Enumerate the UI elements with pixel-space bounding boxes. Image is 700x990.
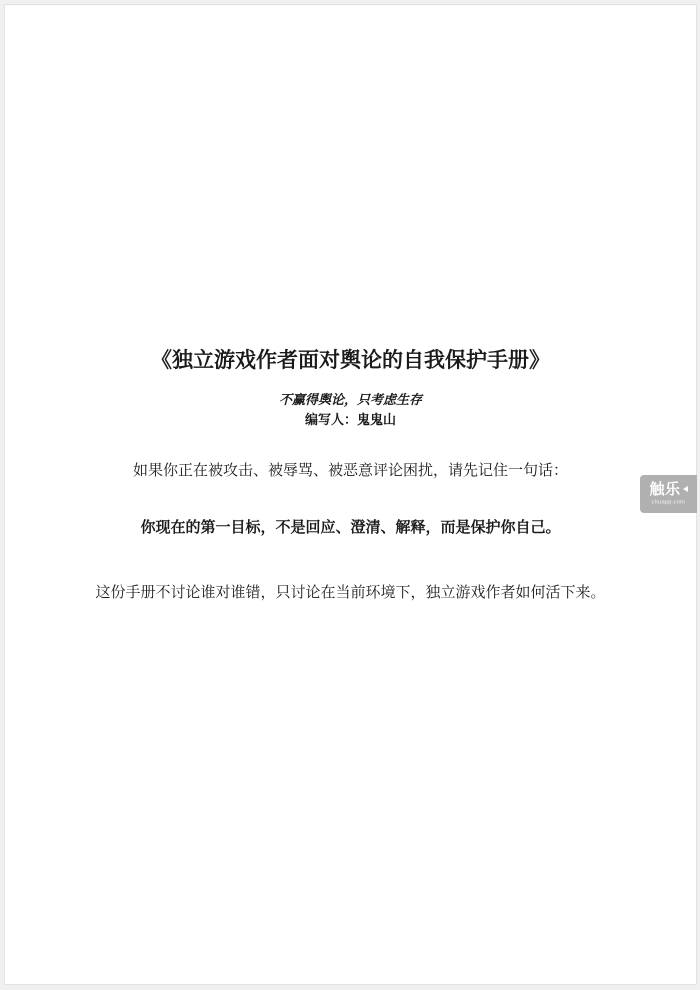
intro-paragraph: 如果你正在被攻击、被辱骂、被恶意评论困扰，请先记住一句话： [5, 459, 696, 480]
screenshot-stage: 《独立游戏作者面对舆论的自我保护手册》 不赢得舆论，只考虑生存 编写人：鬼鬼山 … [0, 0, 700, 990]
watermark-brand-row: 触乐 [649, 482, 687, 497]
document-title: 《独立游戏作者面对舆论的自我保护手册》 [5, 344, 696, 374]
watermark-brand-label: 触乐 [649, 482, 680, 497]
closing-paragraph: 这份手册不讨论谁对谁错，只讨论在当前环境下，独立游戏作者如何活下来。 [5, 581, 696, 602]
cursor-triangle-icon [683, 486, 688, 492]
document-page: 《独立游戏作者面对舆论的自我保护手册》 不赢得舆论，只考虑生存 编写人：鬼鬼山 … [4, 4, 697, 985]
chuapp-watermark-badge: 触乐 chuapp.com [640, 475, 697, 513]
document-subtitle: 不赢得舆论，只考虑生存 [5, 389, 696, 408]
watermark-site-label: chuapp.com [652, 499, 686, 505]
author-line: 编写人：鬼鬼山 [5, 409, 696, 428]
emphasis-statement: 你现在的第一目标，不是回应、澄清、解释，而是保护你自己。 [5, 516, 696, 537]
